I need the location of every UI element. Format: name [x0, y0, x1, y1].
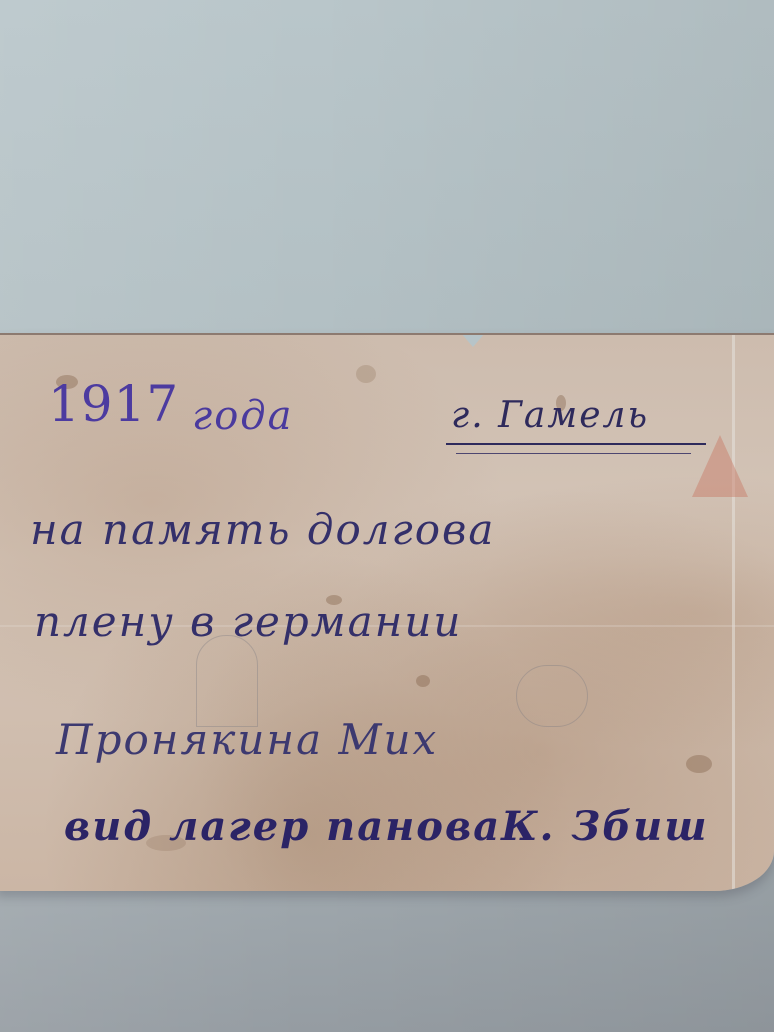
city-underline: [446, 443, 706, 445]
stain: [356, 365, 376, 383]
year-word-text: года: [192, 393, 294, 439]
handwritten-card: 1917 года г. Гамель на память долгова пл…: [0, 333, 774, 891]
handwritten-line-3: плену в германии: [34, 597, 462, 646]
handwritten-line-5: вид лагер пановаК. Збиш: [64, 803, 709, 850]
year-text: 1917: [48, 375, 179, 433]
handwritten-line-2: на память долгова: [30, 505, 495, 554]
pencil-mark: [196, 635, 258, 727]
card-edge-notch: [461, 333, 485, 347]
handwritten-line-4: Пронякина Мих: [56, 715, 438, 764]
fold-crease-vertical: [732, 335, 735, 891]
stain: [416, 675, 430, 687]
city-underline-second: [456, 453, 691, 454]
city-text: г. Гамель: [451, 395, 649, 436]
stain: [686, 755, 712, 773]
pencil-mark: [516, 665, 588, 727]
